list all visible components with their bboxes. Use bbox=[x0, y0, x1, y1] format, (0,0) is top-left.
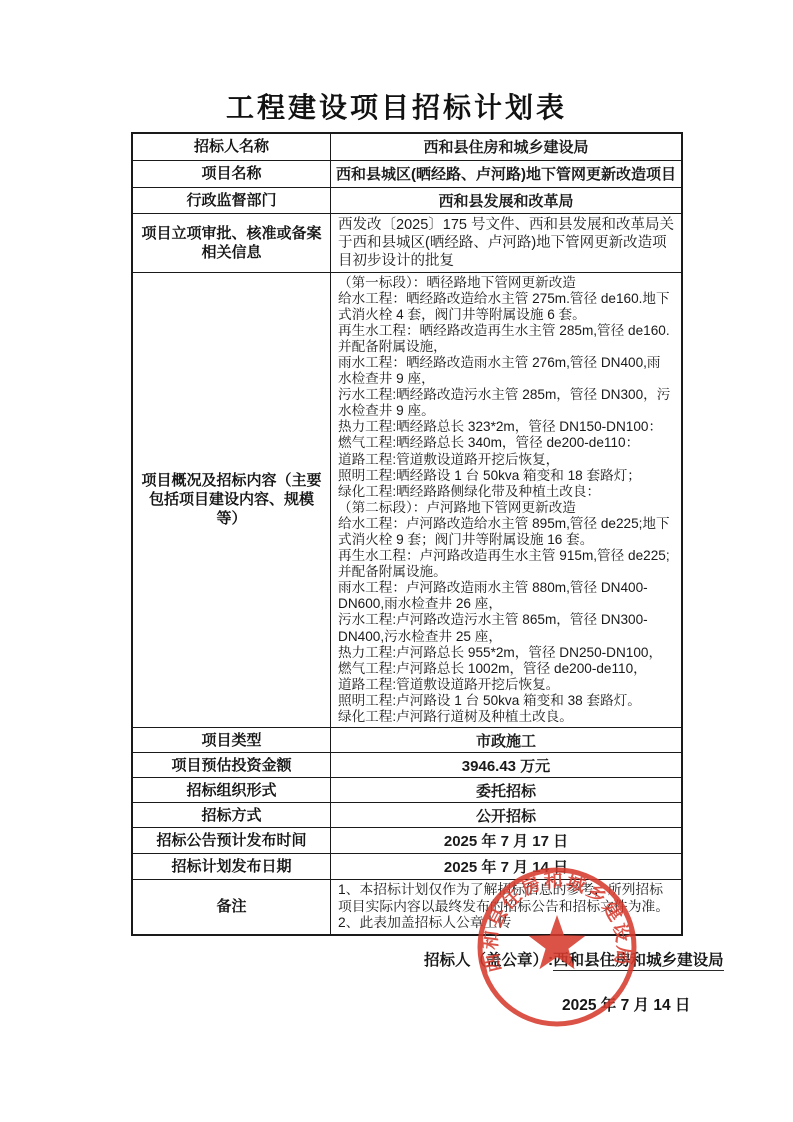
row-label: 项目预估投资金额 bbox=[132, 753, 331, 778]
row-label: 招标组织形式 bbox=[132, 778, 331, 803]
table-row: 招标方式 公开招标 bbox=[132, 803, 682, 828]
table-row: 招标计划发布日期 2025 年 7 月 14 日 bbox=[132, 854, 682, 880]
row-label: 项目名称 bbox=[132, 160, 331, 187]
document-page: 工程建设项目招标计划表 招标人名称 西和县住房和城乡建设局 项目名称 西和县城区… bbox=[0, 0, 793, 1122]
row-value: 3946.43 万元 bbox=[331, 753, 683, 778]
table-row: 招标人名称 西和县住房和城乡建设局 bbox=[132, 133, 682, 160]
row-value: 公开招标 bbox=[331, 803, 683, 828]
row-value: 西和县发展和改革局 bbox=[331, 187, 683, 213]
table-row: 行政监督部门 西和县发展和改革局 bbox=[132, 187, 682, 213]
row-value: 西发改〔2025〕175 号文件、西和县发展和改革局关于西和县城区(晒经路、卢河… bbox=[331, 213, 683, 272]
table-row: 招标公告预计发布时间 2025 年 7 月 17 日 bbox=[132, 828, 682, 854]
row-label: 项目概况及招标内容（主要包括项目建设内容、规模等） bbox=[132, 272, 331, 728]
table-row: 备注 1、本招标计划仅作为了解招标信息的参考，所列招标项目实际内容以最终发布的招… bbox=[132, 880, 682, 935]
row-label: 行政监督部门 bbox=[132, 187, 331, 213]
row-label: 招标人名称 bbox=[132, 133, 331, 160]
table-row: 招标组织形式 委托招标 bbox=[132, 778, 682, 803]
signature-date: 2025 年 7 月 14 日 bbox=[562, 993, 690, 1015]
row-label: 招标方式 bbox=[132, 803, 331, 828]
row-value: 委托招标 bbox=[331, 778, 683, 803]
table-row: 项目类型 市政施工 bbox=[132, 728, 682, 753]
row-label: 招标计划发布日期 bbox=[132, 854, 331, 880]
signer-name: 西和县住房和城乡建设局 bbox=[553, 952, 724, 971]
row-value: 市政施工 bbox=[331, 728, 683, 753]
row-value: （第一标段）：晒径路地下管网更新改造 给水工程：晒经路改造给水主管 275m.管… bbox=[331, 272, 683, 728]
row-label: 项目类型 bbox=[132, 728, 331, 753]
row-label: 招标公告预计发布时间 bbox=[132, 828, 331, 854]
table-row: 项目立项审批、核准或备案相关信息 西发改〔2025〕175 号文件、西和县发展和… bbox=[132, 213, 682, 272]
row-value: 2025 年 7 月 17 日 bbox=[331, 828, 683, 854]
document-title: 工程建设项目招标计划表 bbox=[0, 86, 793, 126]
row-value: 西和县城区(晒经路、卢河路)地下管网更新改造项目 bbox=[331, 160, 683, 187]
table-row: 项目概况及招标内容（主要包括项目建设内容、规模等） （第一标段）：晒径路地下管网… bbox=[132, 272, 682, 728]
signer-label: 招标人（盖公章）: bbox=[424, 952, 553, 969]
row-value: 1、本招标计划仅作为了解招标信息的参考，所列招标项目实际内容以最终发布的招标公告… bbox=[331, 880, 683, 935]
tender-plan-table: 招标人名称 西和县住房和城乡建设局 项目名称 西和县城区(晒经路、卢河路)地下管… bbox=[131, 132, 683, 936]
row-value: 2025 年 7 月 14 日 bbox=[331, 854, 683, 880]
signature-line: 招标人（盖公章）:西和县住房和城乡建设局 bbox=[424, 948, 724, 970]
row-label: 项目立项审批、核准或备案相关信息 bbox=[132, 213, 331, 272]
table-row: 项目名称 西和县城区(晒经路、卢河路)地下管网更新改造项目 bbox=[132, 160, 682, 187]
row-value: 西和县住房和城乡建设局 bbox=[331, 133, 683, 160]
table-row: 项目预估投资金额 3946.43 万元 bbox=[132, 753, 682, 778]
row-label: 备注 bbox=[132, 880, 331, 935]
